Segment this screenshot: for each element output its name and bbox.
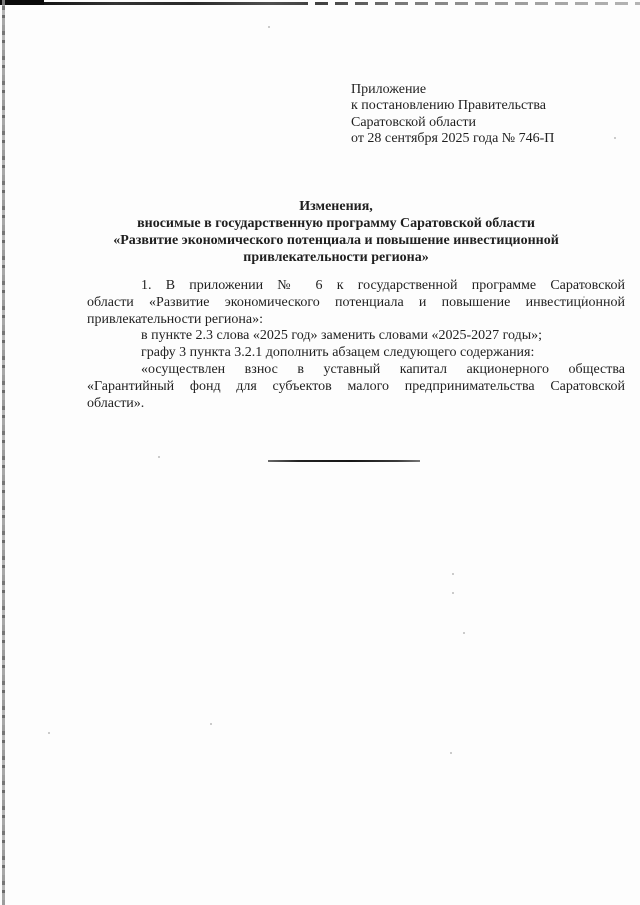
appendix-reference-line: Приложение xyxy=(351,82,554,98)
document-title: Изменения, вносимые в государственную пр… xyxy=(67,198,605,266)
document-page: Приложение к постановлению Правительства… xyxy=(0,0,640,905)
body-line: графу 3 пункта 3.2.1 дополнить абзацем с… xyxy=(87,345,625,362)
appendix-reference-block: Приложение к постановлению Правительства… xyxy=(351,82,554,147)
scan-top-edge-cap xyxy=(0,0,44,5)
body-line: «Гарантийный фонд для субъектов малого п… xyxy=(87,379,625,396)
scan-speck xyxy=(158,456,160,458)
signature-separator-rule xyxy=(268,460,420,462)
document-body: 1. В приложении № 6 к государственной пр… xyxy=(87,278,625,412)
scan-speck xyxy=(463,632,465,634)
document-title-line: привлекательности региона» xyxy=(67,249,605,266)
body-line: в пункте 2.3 слова «2025 год» заменить с… xyxy=(87,328,625,345)
scan-speck xyxy=(268,26,270,28)
appendix-reference-line: от 28 сентября 2025 года № 746-П xyxy=(351,131,554,147)
body-line: «осуществлен взнос в уставный капитал ак… xyxy=(87,362,625,379)
document-title-line: вносимые в государственную программу Сар… xyxy=(67,215,605,232)
scan-left-edge-line xyxy=(2,0,5,905)
scan-speck xyxy=(48,732,50,734)
scan-speck xyxy=(450,752,452,754)
body-line: 1. В приложении № 6 к государственной пр… xyxy=(87,278,625,295)
appendix-reference-line: к постановлению Правительства xyxy=(351,98,554,114)
body-line: привлекательности региона»: xyxy=(87,312,625,329)
scan-speck xyxy=(210,723,212,725)
document-title-line: «Развитие экономического потенциала и по… xyxy=(67,232,605,249)
appendix-reference-line: Саратовской области xyxy=(351,115,554,131)
scan-speck xyxy=(452,592,454,594)
body-line: области». xyxy=(87,396,625,413)
scan-speck xyxy=(452,573,454,575)
document-title-line: Изменения, xyxy=(67,198,605,215)
scan-top-edge-gaps xyxy=(295,0,640,6)
scan-speck xyxy=(614,137,616,139)
body-line: области «Развитие экономического потенци… xyxy=(87,295,625,312)
